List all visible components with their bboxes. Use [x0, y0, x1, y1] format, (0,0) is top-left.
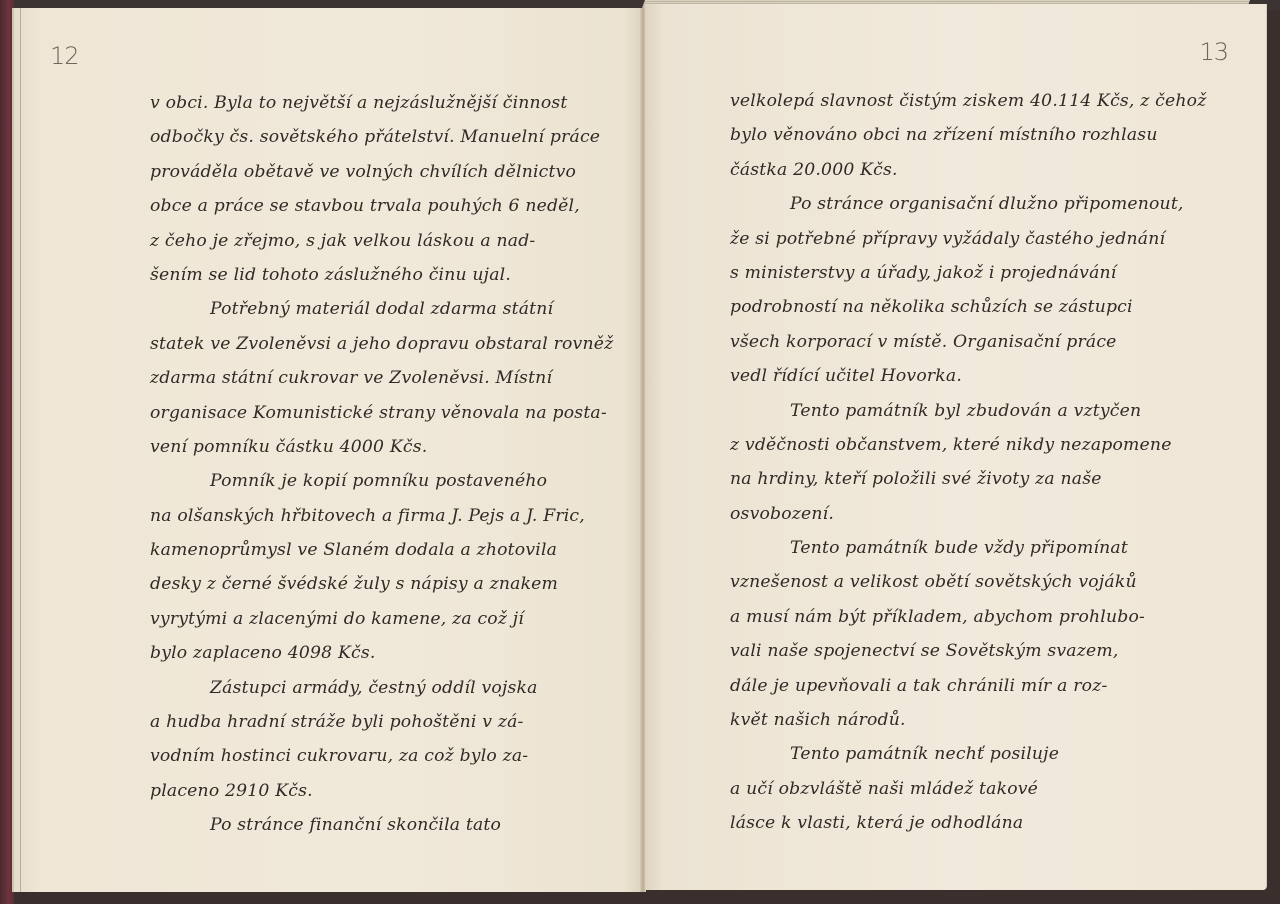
- paragraph-start-line: Po stránce organisační dlužno připomenou…: [730, 187, 1150, 221]
- text-line: na olšanských hřbitovech a firma J. Pejs…: [150, 499, 590, 533]
- text-line: kamenoprůmysl ve Slaném dodala a zhotovi…: [150, 533, 590, 567]
- text-line: šením se lid tohoto záslužného činu ujal…: [150, 258, 590, 292]
- paragraph-start-line: Pomník je kopií pomníku postaveného: [150, 464, 590, 498]
- page-number-right: 13: [1199, 38, 1228, 66]
- text-line: vznešenost a velikost obětí sovětských v…: [730, 565, 1150, 599]
- text-line: placeno 2910 Kčs.: [150, 774, 590, 808]
- text-line: prováděla obětavě ve volných chvílích dě…: [150, 155, 590, 189]
- text-line: a musí nám být příkladem, abychom prohlu…: [730, 600, 1150, 634]
- text-line: dále je upevňovali a tak chránili mír a …: [730, 669, 1150, 703]
- text-line: a hudba hradní stráže byli pohoštěni v z…: [150, 705, 590, 739]
- text-line: vyrytými a zlacenými do kamene, za což j…: [150, 602, 590, 636]
- text-line: zdarma státní cukrovar ve Zvoleněvsi. Mí…: [150, 361, 590, 395]
- text-line: osvobození.: [730, 497, 1150, 531]
- text-line: organisace Komunistické strany věnovala …: [150, 396, 590, 430]
- text-line: bylo věnováno obci na zřízení místního r…: [730, 118, 1150, 152]
- text-line: z vděčnosti občanstvem, které nikdy neza…: [730, 428, 1150, 462]
- text-line: vení pomníku částku 4000 Kčs.: [150, 430, 590, 464]
- left-page-text: v obci. Byla to největší a nejzáslužnějš…: [150, 86, 590, 843]
- text-line: lásce k vlasti, která je odhodlána: [730, 806, 1150, 840]
- right-page-text: velkolepá slavnost čistým ziskem 40.114 …: [730, 84, 1150, 841]
- paragraph-start-line: Tento památník nechť posiluje: [730, 737, 1150, 771]
- text-line: všech korporací v místě. Organisační prá…: [730, 325, 1150, 359]
- text-line: obce a práce se stavbou trvala pouhých 6…: [150, 189, 590, 223]
- text-line: z čeho je zřejmo, s jak velkou láskou a …: [150, 224, 590, 258]
- page-number-left: 12: [50, 42, 79, 70]
- text-line: že si potřebné přípravy vyžádaly častého…: [730, 222, 1150, 256]
- paragraph-start-line: Potřebný materiál dodal zdarma státní: [150, 292, 590, 326]
- text-line: vodním hostinci cukrovaru, za což bylo z…: [150, 739, 590, 773]
- text-line: s ministerstvy a úřady, jakož i projedná…: [730, 256, 1150, 290]
- text-line: odbočky čs. sovětského přátelství. Manue…: [150, 120, 590, 154]
- text-line: v obci. Byla to největší a nejzáslužnějš…: [150, 86, 590, 120]
- text-line: částka 20.000 Kčs.: [730, 153, 1150, 187]
- text-line: vedl řídící učitel Hovorka.: [730, 359, 1150, 393]
- text-line: květ našich národů.: [730, 703, 1150, 737]
- text-line: desky z černé švédské žuly s nápisy a zn…: [150, 567, 590, 601]
- text-line: bylo zaplaceno 4098 Kčs.: [150, 636, 590, 670]
- text-line: podrobností na několika schůzích se zást…: [730, 290, 1150, 324]
- paragraph-start-line: Tento památník byl zbudován a vztyčen: [730, 394, 1150, 428]
- text-line: vali naše spojenectví se Sovětským svaze…: [730, 634, 1150, 668]
- text-line: velkolepá slavnost čistým ziskem 40.114 …: [730, 84, 1150, 118]
- text-line: na hrdiny, kteří položili své životy za …: [730, 462, 1150, 496]
- paragraph-start-line: Po stránce finanční skončila tato: [150, 808, 590, 842]
- paragraph-start-line: Tento památník bude vždy připomínat: [730, 531, 1150, 565]
- text-line: a učí obzvláště naši mládež takové: [730, 772, 1150, 806]
- text-line: statek ve Zvoleněvsi a jeho dopravu obst…: [150, 327, 590, 361]
- paragraph-start-line: Zástupci armády, čestný oddíl vojska: [150, 671, 590, 705]
